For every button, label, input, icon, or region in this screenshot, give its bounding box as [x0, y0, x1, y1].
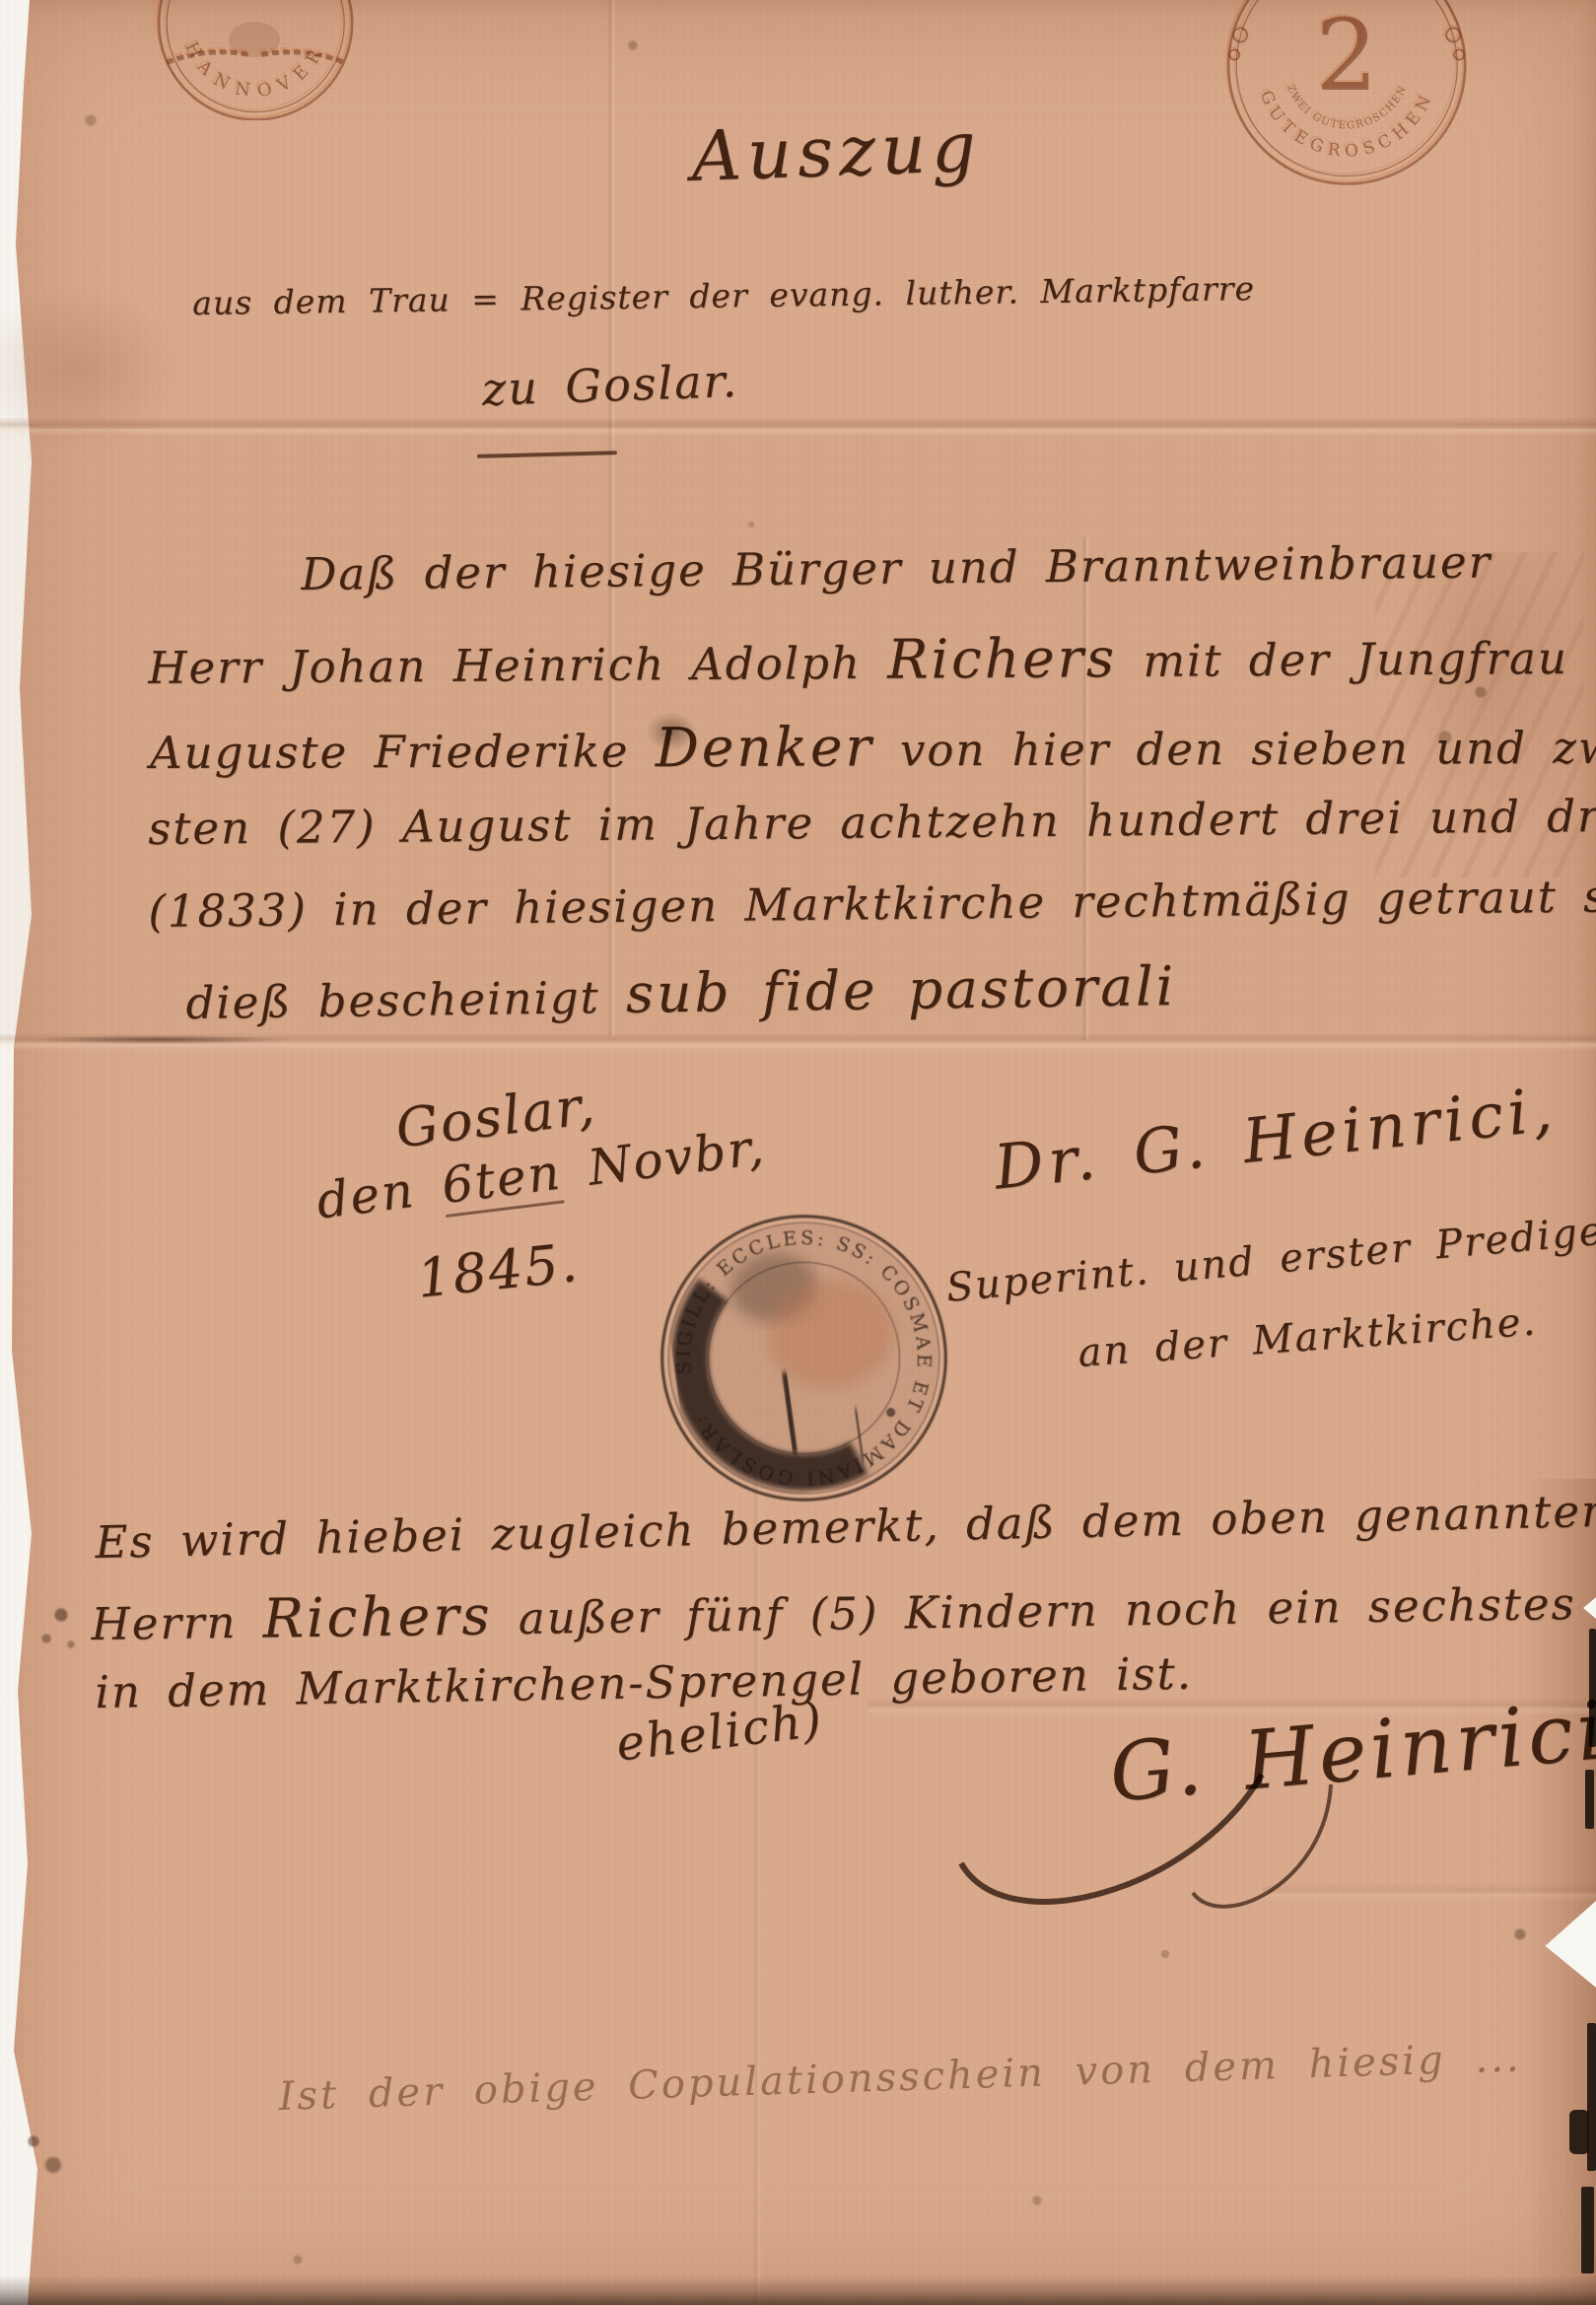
- body-line-3: Auguste Friederike Denker von hier den s…: [150, 712, 1596, 781]
- body-line-2: Herr Johan Heinrich Adolph Richers mit d…: [148, 623, 1568, 696]
- hannover-embossed-seal: HANNOVER HANNOVER: [146, 0, 363, 120]
- subtitle-line-2: zu Goslar.: [481, 354, 739, 416]
- revenue-embossed-stamp: 2 2 GUTEGROSCHEN GUTEGROSCHEN ZWEI GUTEG…: [1214, 0, 1478, 189]
- groom-name: Richers: [887, 626, 1117, 691]
- body-line-3-pre: Auguste Friederike: [150, 725, 656, 779]
- body-line-3-post: von hier den sieben und zwanzig-: [874, 721, 1596, 776]
- latin-attestation: sub fide pastorali: [625, 954, 1176, 1025]
- scanned-document: HANNOVER HANNOVER 2 2 GUTEGROSCHEN: [0, 0, 1596, 2305]
- document-title: Auszug: [690, 106, 983, 197]
- body-line-2-pre: Herr Johan Heinrich Adolph: [148, 637, 887, 694]
- body-line-6-pre: dieß bescheinigt: [185, 971, 626, 1029]
- revenue-stamp-denomination: 2: [1315, 0, 1378, 113]
- remark-line-2-pre: Herrn: [91, 1596, 263, 1650]
- remark-name: Richers: [262, 1583, 493, 1649]
- scan-edge-mark: [1569, 2110, 1589, 2154]
- bottom-shadow-band: [0, 2275, 1596, 2305]
- church-ink-seal: SIGILL: ECCLES: SS: COSMAE ET DAMIANI GO…: [629, 1183, 980, 1534]
- tear-mark-left: [26, 1035, 292, 1044]
- scan-edge-mark: [1581, 2187, 1594, 2273]
- fold-crease-horizontal-1: [0, 418, 1596, 436]
- signature-flourish: [867, 1745, 1400, 1982]
- body-line-2-post: mit der Jungfrau: [1117, 632, 1568, 687]
- bride-name: Denker: [656, 715, 874, 779]
